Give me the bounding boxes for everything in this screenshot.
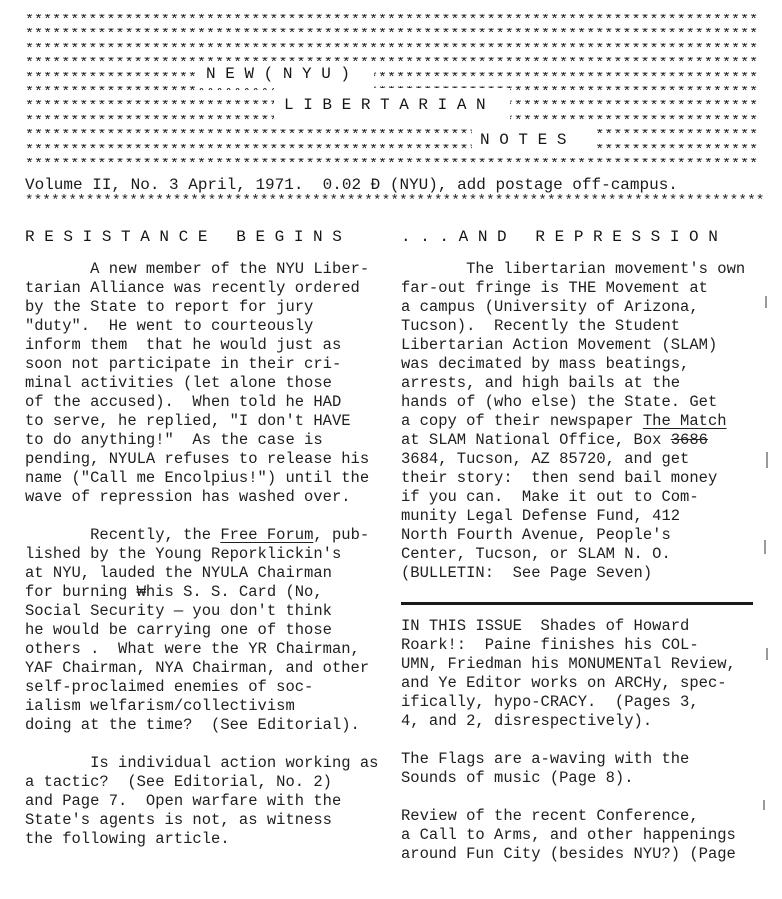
in-this-issue-paragraph: IN THIS ISSUE Shades of Howard Roark!: P… xyxy=(401,617,767,731)
masthead-title-line1: N E W ( N Y U ) xyxy=(206,67,350,81)
scan-artifact xyxy=(763,800,765,810)
masthead-banner: ****************************************… xyxy=(25,14,762,172)
scan-artifact xyxy=(766,452,768,468)
left-column: R E S I S T A N C E B E G I N S A new me… xyxy=(25,228,391,868)
scan-artifact xyxy=(765,296,767,308)
article-paragraph: Recently, the Free Forum, pub- lished by… xyxy=(25,526,391,735)
masthead-title-libertarian: L I B E R T A R I A N xyxy=(274,88,510,123)
asterisk-row: ****************************************… xyxy=(25,144,762,158)
asterisk-separator: ****************************************… xyxy=(25,194,765,208)
article-paragraph: A new member of the NYU Liber- tarian Al… xyxy=(25,260,391,507)
masthead-title-new-nyu: N E W ( N Y U ) xyxy=(198,61,374,88)
review-note-paragraph: Review of the recent Conference, a Call … xyxy=(401,807,767,864)
flags-note-paragraph: The Flags are a-waving with the Sounds o… xyxy=(401,750,767,788)
asterisk-row: ****************************************… xyxy=(25,14,762,28)
article-columns: R E S I S T A N C E B E G I N S A new me… xyxy=(25,228,767,883)
asterisk-row: ****************************************… xyxy=(25,57,762,71)
volume-issue-line: Volume II, No. 3 April, 1971. 0.02 Ð (NY… xyxy=(25,176,678,194)
masthead-title-line3: N O T E S xyxy=(480,133,566,147)
scan-artifact xyxy=(764,540,766,554)
article-paragraph: The libertarian movement's own far-out f… xyxy=(401,260,767,583)
left-column-heading: R E S I S T A N C E B E G I N S xyxy=(25,228,391,246)
scan-artifact xyxy=(766,648,768,660)
right-column-heading: . . . A N D R E P R E S S I O N xyxy=(401,228,767,246)
masthead-title-notes: N O T E S xyxy=(472,125,597,156)
asterisk-row: ****************************************… xyxy=(25,72,762,86)
section-divider xyxy=(401,602,753,605)
asterisk-row: ****************************************… xyxy=(25,43,762,57)
right-column: . . . A N D R E P R E S S I O N The libe… xyxy=(401,228,767,883)
asterisk-row: ****************************************… xyxy=(25,158,762,172)
asterisk-row: ****************************************… xyxy=(25,129,762,143)
newsletter-page: ****************************************… xyxy=(0,0,782,899)
asterisk-row: ****************************************… xyxy=(25,28,762,42)
masthead-title-line2: L I B E R T A R I A N xyxy=(284,98,486,112)
article-paragraph: Is individual action working as a tactic… xyxy=(25,754,391,849)
